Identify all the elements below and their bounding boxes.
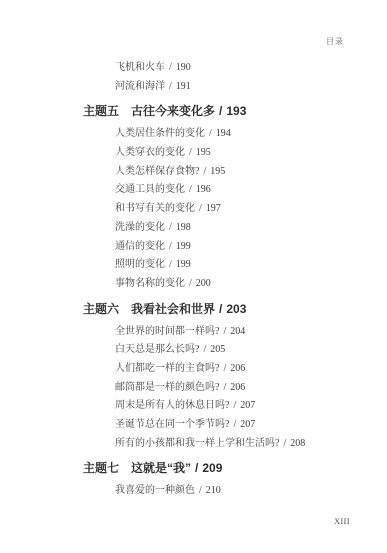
toc-item-title: 所有的小孩都和我一样上学和生活吗? [115, 438, 279, 449]
toc-item-page: 206 [230, 363, 245, 374]
toc-item: 邮筒都是一样的颜色吗?/206 [0, 379, 387, 398]
toc-item: 圣诞节总在同一个季节吗?/207 [0, 416, 387, 435]
toc-separator: / [219, 104, 222, 118]
toc-item-page: 210 [206, 485, 221, 496]
toc-item-title: 照明的变化 [115, 259, 165, 270]
toc-item-page: 197 [206, 203, 221, 214]
page-number: XIII [334, 517, 350, 526]
toc-item: 人类怎样保存食物?/195 [0, 163, 387, 182]
toc-item-page: 194 [216, 128, 231, 139]
toc-item-page: 207 [240, 419, 255, 430]
toc-separator: / [233, 400, 236, 411]
toc-item-title: 通信的变化 [115, 241, 165, 252]
toc-item: 全世界的时间都一样吗?/204 [0, 323, 387, 342]
toc-separator: / [189, 278, 192, 289]
toc-item-title: 飞机和火车 [115, 62, 165, 73]
toc-item-page: 205 [210, 344, 225, 355]
toc-item-title: 人类穿衣的变化 [115, 147, 185, 158]
toc-separator: / [169, 222, 172, 233]
toc-separator: / [203, 344, 206, 355]
toc-item-title: 事物名称的变化 [115, 278, 185, 289]
toc-item-page: 208 [290, 438, 305, 449]
toc-section-heading: 主题五古往今来变化多/193 [0, 102, 387, 121]
toc-item: 人们都吃一样的主食吗?/206 [0, 360, 387, 379]
toc-item: 周末是所有人的休息日吗?/207 [0, 397, 387, 416]
toc-item: 所有的小孩都和我一样上学和生活吗?/208 [0, 435, 387, 454]
toc-item-page: 206 [230, 382, 245, 393]
toc-item: 白天总是那么长吗?/205 [0, 341, 387, 360]
toc-separator: / [169, 81, 172, 92]
toc-item: 交通工具的变化/196 [0, 181, 387, 200]
toc-section-label: 主题五 [83, 104, 119, 118]
toc-item: 河流和海洋/191 [0, 78, 387, 97]
toc-item-page: 191 [176, 81, 191, 92]
toc-item: 我喜爱的一种颜色/210 [0, 482, 387, 501]
toc-item-title: 我喜爱的一种颜色 [115, 485, 195, 496]
toc-item-page: 196 [196, 184, 211, 195]
toc-separator: / [189, 147, 192, 158]
toc-separator: / [199, 485, 202, 496]
toc-item-title: 圣诞节总在同一个季节吗? [115, 419, 229, 430]
toc-separator: / [189, 184, 192, 195]
toc-item-title: 交通工具的变化 [115, 184, 185, 195]
toc-item-title: 全世界的时间都一样吗? [115, 326, 219, 337]
toc-item-page: 195 [196, 147, 211, 158]
toc-item: 人类穿衣的变化/195 [0, 144, 387, 163]
toc-section-page: 209 [202, 461, 222, 475]
toc-item-page: 190 [176, 62, 191, 73]
toc-separator: / [223, 382, 226, 393]
toc-item-title: 人们都吃一样的主食吗? [115, 363, 219, 374]
toc-item-title: 人类怎样保存食物? [115, 166, 199, 177]
toc-item: 人类居住条件的变化/194 [0, 125, 387, 144]
toc-separator: / [209, 128, 212, 139]
toc-section-title: 古往今来变化多 [131, 104, 215, 118]
toc-page: 目录 飞机和火车/190河流和海洋/191主题五古往今来变化多/193人类居住条… [0, 0, 387, 553]
toc-section-heading: 主题七这就是“我”/209 [0, 459, 387, 478]
toc-separator: / [223, 363, 226, 374]
toc-item-title: 和书写有关的变化 [115, 203, 195, 214]
toc-item-page: 199 [176, 259, 191, 270]
running-head: 目录 [326, 36, 344, 47]
toc-separator: / [169, 259, 172, 270]
toc-item-title: 白天总是那么长吗? [115, 344, 199, 355]
toc-list: 飞机和火车/190河流和海洋/191主题五古往今来变化多/193人类居住条件的变… [0, 59, 387, 501]
toc-section-label: 主题六 [83, 302, 119, 316]
toc-item: 照明的变化/199 [0, 256, 387, 275]
toc-item: 通信的变化/199 [0, 238, 387, 257]
toc-separator: / [195, 461, 198, 475]
toc-item-title: 邮筒都是一样的颜色吗? [115, 382, 219, 393]
toc-item-page: 200 [196, 278, 211, 289]
toc-item: 和书写有关的变化/197 [0, 200, 387, 219]
toc-section-title: 我看社会和世界 [131, 302, 215, 316]
toc-section-page: 203 [226, 302, 246, 316]
toc-separator: / [223, 326, 226, 337]
toc-section-label: 主题七 [83, 461, 119, 475]
toc-section-title: 这就是“我” [131, 461, 191, 475]
toc-item-page: 198 [176, 222, 191, 233]
toc-item-title: 人类居住条件的变化 [115, 128, 205, 139]
toc-separator: / [199, 203, 202, 214]
toc-item-page: 195 [210, 166, 225, 177]
toc-item: 飞机和火车/190 [0, 59, 387, 78]
toc-section-heading: 主题六我看社会和世界/203 [0, 300, 387, 319]
toc-separator: / [233, 419, 236, 430]
toc-item-title: 周末是所有人的休息日吗? [115, 400, 229, 411]
toc-item-page: 199 [176, 241, 191, 252]
toc-separator: / [169, 62, 172, 73]
toc-separator: / [283, 438, 286, 449]
toc-item-title: 洗澡的变化 [115, 222, 165, 233]
toc-item-page: 204 [230, 326, 245, 337]
toc-separator: / [169, 241, 172, 252]
toc-item-page: 207 [240, 400, 255, 411]
toc-item: 洗澡的变化/198 [0, 219, 387, 238]
toc-section-page: 193 [226, 104, 246, 118]
toc-separator: / [219, 302, 222, 316]
toc-separator: / [203, 166, 206, 177]
toc-item-title: 河流和海洋 [115, 81, 165, 92]
toc-item: 事物名称的变化/200 [0, 275, 387, 294]
